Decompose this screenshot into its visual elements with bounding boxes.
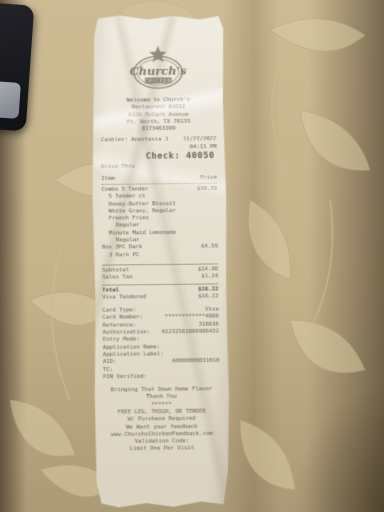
tender-value: $16.22	[198, 293, 218, 301]
sales-tax-label: Sales Tax	[102, 275, 132, 283]
receipt-paper: Church's CHICKEN Welcome to Church's Res…	[91, 14, 230, 507]
tender-label: Visa Tendered	[102, 294, 146, 302]
cashier-label: Cashier: Anastasia J	[101, 137, 168, 145]
column-header-row: Item Price	[101, 174, 217, 184]
pin-verified-label: PIN Verified:	[103, 374, 147, 382]
tc-label: TC:	[103, 367, 113, 374]
item-name: 3 Dark PC	[109, 252, 139, 260]
price-column-header: Price	[200, 174, 217, 181]
phone-pad	[0, 81, 21, 119]
aid-label: AID:	[103, 359, 117, 367]
date-value: 11/27/2022	[183, 137, 217, 145]
sales-tax-value: $1.24	[201, 274, 218, 281]
authorization-value: 42232561866906432	[161, 329, 219, 337]
pin-verified-row: PIN Verified:	[103, 373, 220, 382]
totals-section: Subtotal $14.98 Sales Tax $1.24 Total $1…	[102, 263, 219, 301]
receipt-content: Church's CHICKEN Welcome to Church's Res…	[91, 14, 230, 507]
sales-tax-row: Sales Tax $1.24	[102, 274, 218, 283]
item-column-header: Item	[101, 176, 114, 183]
items-list: Combo 5 Tender $10.39 5 Tender ct Honey-…	[101, 186, 218, 260]
item-name: Minute Maid Lemonade	[109, 230, 176, 238]
check-number: Check: 40050	[101, 153, 214, 161]
item-price: $4.59	[201, 244, 218, 251]
logo-brand-text: Church's	[130, 64, 187, 78]
item-row: 3 Dark PC	[102, 251, 218, 260]
promo-line-6: Limit One Per Visit	[103, 445, 220, 454]
churchs-logo-icon: Church's CHICKEN	[124, 44, 192, 94]
order-type: Drive-Thru	[101, 163, 217, 171]
logo-sub-text: CHICKEN	[144, 78, 171, 83]
card-section: Card Type: Visa Card Number: ***********…	[102, 307, 219, 382]
photo-scene: Church's CHICKEN Welcome to Church's Res…	[0, 0, 384, 512]
item-price: $10.39	[197, 186, 217, 193]
tender-row: Visa Tendered $16.22	[102, 293, 218, 302]
footer-section: Bringing That Down Home Flavor Thank You…	[103, 386, 221, 454]
aid-value: A0000000031010	[172, 358, 219, 366]
